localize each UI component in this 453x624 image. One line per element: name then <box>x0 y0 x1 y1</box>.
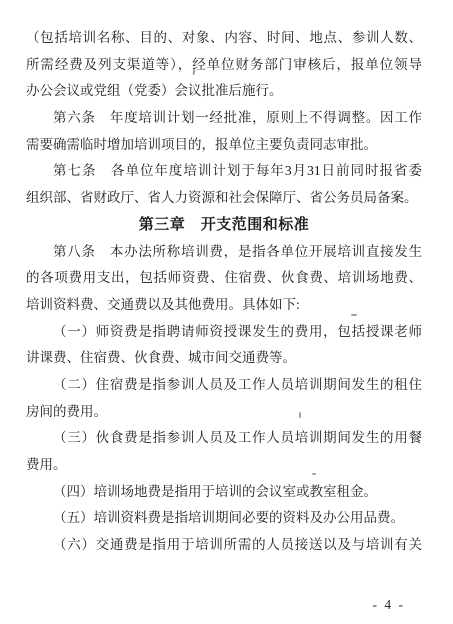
paragraph: 第六条 年度培训计划一经批准，原则上不得调整。因工作 需要确需临时增加培训项目的… <box>26 105 422 158</box>
document-line: 费用。 <box>26 452 422 479</box>
document-line: 第七条 各单位年度培训计划于每年3月31日前同时报省委 <box>26 158 422 185</box>
paragraph: （六）交通费是指用于培训所需的人员接送以及与培训有关 <box>26 532 422 559</box>
document-line: （五）培训资料费是指培训期间必要的资料及办公用品费。 <box>26 505 422 532</box>
document-line: 培训资料费、交通费以及其他费用。具体如下: <box>26 292 422 319</box>
paragraph: （五）培训资料费是指培训期间必要的资料及办公用品费。 <box>26 505 422 532</box>
document-line: 组织部、省财政厅、省人力资源和社会保障厅、省公务员局备案。 <box>26 185 422 212</box>
page-number: - 4 - <box>373 597 406 613</box>
document-line: （一）师资费是指聘请师资授课发生的费用，包括授课老师 <box>26 319 422 346</box>
document-line: （四）培训场地费是指用于培训的会议室或教室租金。 <box>26 479 422 506</box>
paragraph: （包括培训名称、目的、对象、内容、时间、地点、参训人数、 所需经费及列支渠道等）… <box>26 25 422 105</box>
document-line: 讲课费、住宿费、伙食费、城市间交通费等。 <box>26 345 422 372</box>
paragraph: （一）师资费是指聘请师资授课发生的费用，包括授课老师 讲课费、住宿费、伙食费、城… <box>26 319 422 372</box>
paragraph: （四）培训场地费是指用于培训的会议室或教室租金。 <box>26 479 422 506</box>
paragraph: 第七条 各单位年度培训计划于每年3月31日前同时报省委 组织部、省财政厅、省人力… <box>26 158 422 211</box>
chapter-heading: 第三章 开支范围和标准 <box>26 212 422 239</box>
document-line: 的各项费用支出，包括师资费、住宿费、伙食费、培训场地费、 <box>26 265 422 292</box>
scan-artifact <box>303 61 306 64</box>
scan-artifact <box>312 473 316 475</box>
document-page: （包括培训名称、目的、对象、内容、时间、地点、参训人数、 所需经费及列支渠道等）… <box>26 25 422 559</box>
document-line: 房间的费用。 <box>26 399 422 426</box>
document-line: 第六条 年度培训计划一经批准，原则上不得调整。因工作 <box>26 105 422 132</box>
paragraph: （二）住宿费是指参训人员及工作人员培训期间发生的租住 房间的费用。 <box>26 372 422 425</box>
document-line: 需要确需临时增加培训项目的，报单位主要负责同志审批。 <box>26 132 422 159</box>
paragraph: （三）伙食费是指参训人员及工作人员培训期间发生的用餐 费用。 <box>26 425 422 478</box>
scan-artifact <box>299 412 301 418</box>
scan-artifact <box>351 314 357 316</box>
document-line: （包括培训名称、目的、对象、内容、时间、地点、参训人数、 <box>26 25 422 52</box>
document-line: （三）伙食费是指参训人员及工作人员培训期间发生的用餐 <box>26 425 422 452</box>
document-line: （六）交通费是指用于培训所需的人员接送以及与培训有关 <box>26 532 422 559</box>
document-line: （二）住宿费是指参训人员及工作人员培训期间发生的租住 <box>26 372 422 399</box>
document-line: 办公会议或党组（党委）会议批准后施行。 <box>26 78 422 105</box>
paragraph: 第八条 本办法所称培训费，是指各单位开展培训直接发生 的各项费用支出，包括师资费… <box>26 239 422 319</box>
document-line: 所需经费及列支渠道等），经单位财务部门审核后，报单位领导 <box>26 52 422 79</box>
document-line: 第八条 本办法所称培训费，是指各单位开展培训直接发生 <box>26 239 422 266</box>
